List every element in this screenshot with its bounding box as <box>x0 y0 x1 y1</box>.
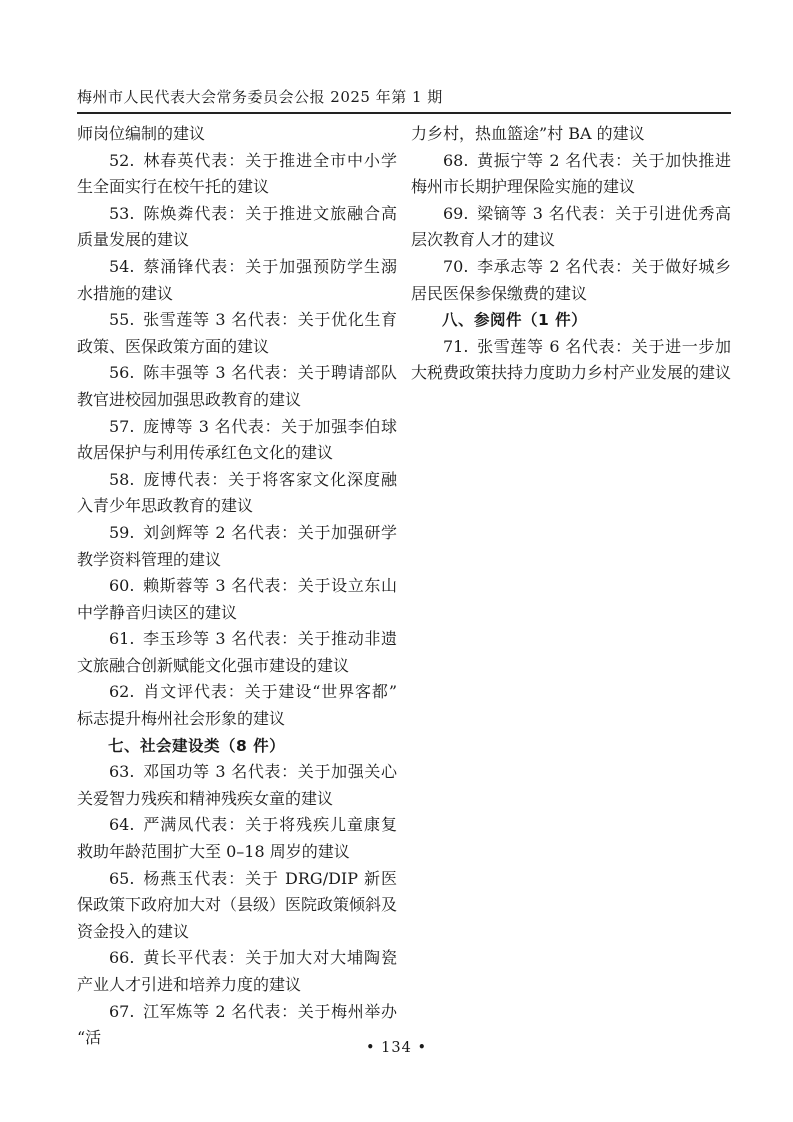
list-paragraph: 师岗位编制的建议 <box>77 121 397 148</box>
list-paragraph: 58. 庞博代表：关于将客家文化深度融入青少年思政教育的建议 <box>77 467 397 520</box>
list-paragraph: 52. 林春英代表：关于推进全市中小学生全面实行在校午托的建议 <box>77 148 397 201</box>
list-paragraph: 53. 陈焕粦代表：关于推进文旅融合高质量发展的建议 <box>77 201 397 254</box>
list-paragraph: 59. 刘剑辉等 2 名代表：关于加强研学教学资料管理的建议 <box>77 520 397 573</box>
list-paragraph: 63. 邓国功等 3 名代表：关于加强关心关爱智力残疾和精神残疾女童的建议 <box>77 759 397 812</box>
list-paragraph: 71. 张雪莲等 6 名代表：关于进一步加大税费政策扶持力度助力乡村产业发展的建… <box>411 334 731 387</box>
header-rule <box>77 112 731 114</box>
column-left: 师岗位编制的建议52. 林春英代表：关于推进全市中小学生全面实行在校午托的建议5… <box>77 121 397 1052</box>
list-paragraph: 68. 黄振宁等 2 名代表：关于加快推进梅州市长期护理保险实施的建议 <box>411 148 731 201</box>
page-header-title: 梅州市人民代表大会常务委员会公报 2025 年第 1 期 <box>77 86 443 107</box>
list-paragraph: 65. 杨燕玉代表：关于 DRG/DIP 新医保政策下政府加大对（县级）医院政策… <box>77 866 397 946</box>
list-paragraph: 力乡村，热血篮途”村 BA 的建议 <box>411 121 731 148</box>
content-columns: 师岗位编制的建议52. 林春英代表：关于推进全市中小学生全面实行在校午托的建议5… <box>77 121 731 1052</box>
list-paragraph: 54. 蔡涌锋代表：关于加强预防学生溺水措施的建议 <box>77 254 397 307</box>
column-right: 力乡村，热血篮途”村 BA 的建议68. 黄振宁等 2 名代表：关于加快推进梅州… <box>411 121 731 1052</box>
section-heading: 八、参阅件（1 件） <box>411 307 731 334</box>
list-paragraph: 55. 张雪莲等 3 名代表：关于优化生育政策、医保政策方面的建议 <box>77 307 397 360</box>
list-paragraph: 62. 肖文评代表：关于建设“世界客都”标志提升梅州社会形象的建议 <box>77 679 397 732</box>
list-paragraph: 70. 李承志等 2 名代表：关于做好城乡居民医保参保缴费的建议 <box>411 254 731 307</box>
list-paragraph: 69. 梁镝等 3 名代表：关于引进优秀高层次教育人才的建议 <box>411 201 731 254</box>
section-heading: 七、社会建设类（8 件） <box>77 733 397 760</box>
list-paragraph: 60. 赖斯蓉等 3 名代表：关于设立东山中学静音归读区的建议 <box>77 573 397 626</box>
list-paragraph: 56. 陈丰强等 3 名代表：关于聘请部队教官进校园加强思政教育的建议 <box>77 360 397 413</box>
list-paragraph: 61. 李玉珍等 3 名代表：关于推动非遗文旅融合创新赋能文化强市建设的建议 <box>77 626 397 679</box>
list-paragraph: 66. 黄长平代表：关于加大对大埔陶瓷产业人才引进和培养力度的建议 <box>77 945 397 998</box>
list-paragraph: 64. 严满凤代表：关于将残疾儿童康复救助年龄范围扩大至 0–18 周岁的建议 <box>77 812 397 865</box>
page-number: • 134 • <box>0 1040 793 1056</box>
list-paragraph: 57. 庞博等 3 名代表：关于加强李伯球故居保护与利用传承红色文化的建议 <box>77 414 397 467</box>
